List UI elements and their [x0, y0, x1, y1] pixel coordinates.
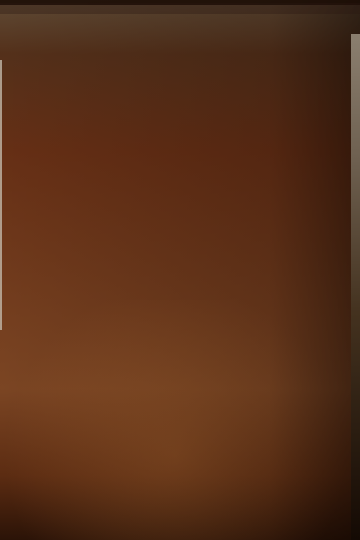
wood-table — [0, 0, 360, 540]
photo-of-handwritten-letter — [0, 0, 360, 540]
table-right-edge — [351, 34, 360, 540]
table-right-shading — [0, 0, 360, 540]
photo-left-edge-line — [0, 60, 2, 330]
photo-top-shadow — [0, 3, 360, 14]
letter-photo-scene — [0, 0, 360, 540]
